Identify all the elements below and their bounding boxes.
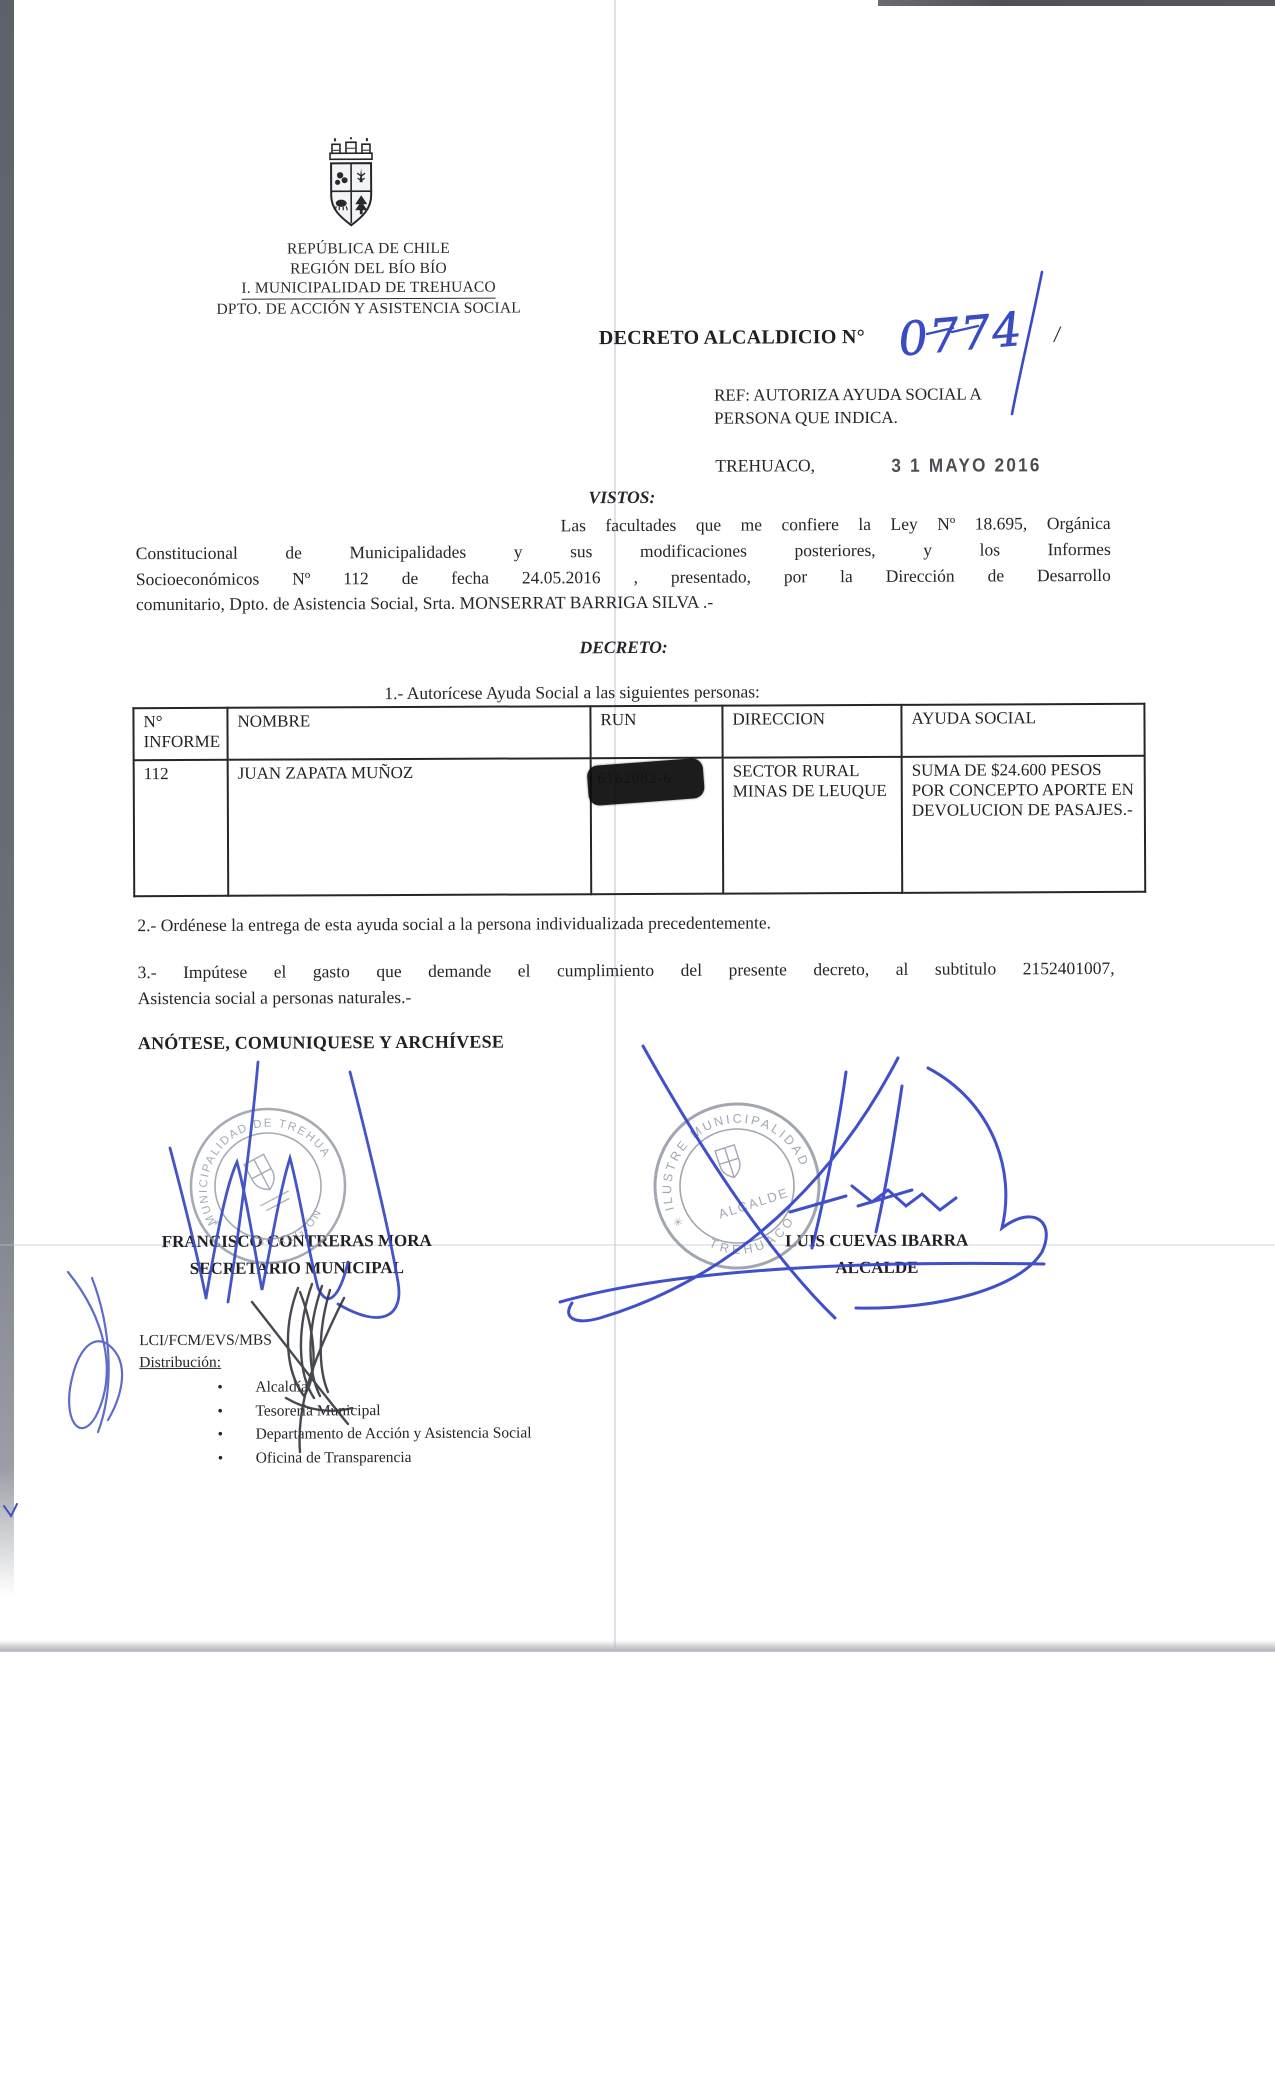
table-header-row: N° INFORME NOMBRE RUN DIRECCION AYUDA SO… bbox=[133, 704, 1144, 760]
decreto-heading: DECRETO: bbox=[136, 635, 1111, 660]
signature-block-mayor: LUIS CUEVAS IBARRA ALCALDE bbox=[737, 1226, 1017, 1281]
signature-block-secretary: FRANCISCO CONTRERAS MORA SECRETARIO MUNI… bbox=[152, 1227, 442, 1282]
cell-run: 6162082-6 bbox=[591, 758, 724, 895]
cell-informe: 112 bbox=[134, 760, 229, 896]
scanned-document-page: REPÚBLICA DE CHILE REGIÓN DEL BÍO BÍO I.… bbox=[0, 0, 1275, 2100]
list-item: •Oficina de Transparencia bbox=[140, 1445, 532, 1470]
vistos-paragraph: Las facultades que me confiere la Ley Nº… bbox=[136, 511, 1111, 618]
distribution-label: Distribución: bbox=[139, 1354, 221, 1372]
bullet-icon: • bbox=[218, 1423, 228, 1447]
decree-title: DECRETO ALCALDICIO N° bbox=[599, 326, 865, 350]
vistos-line: Constitucional de Municipalidades y sus … bbox=[136, 537, 1111, 567]
date-stamp: 3 1 MAYO 2016 bbox=[891, 455, 1041, 478]
distribution-item-alcaldia: Alcaldía bbox=[227, 1375, 308, 1399]
letterhead-region: REGIÓN DEL BÍO BÍO bbox=[158, 258, 578, 279]
list-item: •Departamento de Acción y Asistencia Soc… bbox=[140, 1421, 532, 1446]
col-header-nombre: NOMBRE bbox=[227, 706, 590, 760]
secretary-name: FRANCISCO CONTRERAS MORA bbox=[152, 1227, 442, 1255]
letterhead-municipality: I. MUNICIPALIDAD DE TREHUACO bbox=[241, 278, 496, 300]
table-row: 112 JUAN ZAPATA MUÑOZ 6162082-6 SECTOR R… bbox=[134, 756, 1146, 896]
decreto-item-1: 1.- Autorícese Ayuda Social a las siguie… bbox=[384, 681, 760, 704]
cell-ayuda: SUMA DE $24.600 PESOS POR CONCEPTO APORT… bbox=[902, 756, 1146, 893]
document-initials: LCI/FCM/EVS/MBS bbox=[139, 1332, 272, 1351]
reference-block: REF: AUTORIZA AYUDA SOCIAL A PERSONA QUE… bbox=[714, 382, 1054, 429]
cell-nombre: JUAN ZAPATA MUÑOZ bbox=[228, 758, 592, 896]
vistos-line: Socioeconómicos Nº 112 de fecha 24.05.20… bbox=[136, 563, 1111, 593]
municipal-coat-of-arms-icon bbox=[323, 137, 379, 233]
item-3-line-1: 3.- Impútese el gasto que demande el cum… bbox=[138, 955, 1115, 985]
mayor-name: LUIS CUEVAS IBARRA bbox=[737, 1226, 1017, 1254]
letterhead-department: DPTO. DE ACCIÓN Y ASISTENCIA SOCIAL bbox=[159, 298, 579, 319]
decree-number-slash: / bbox=[1052, 322, 1061, 350]
item-3-line-2: Asistencia social a personas naturales.- bbox=[138, 981, 1115, 1011]
col-header-direccion: DIRECCION bbox=[722, 705, 901, 758]
closing-formula: ANÓTESE, COMUNIQUESE Y ARCHÍVESE bbox=[138, 1032, 504, 1055]
bullet-icon: • bbox=[218, 1446, 228, 1470]
list-item: •Alcaldía bbox=[139, 1374, 531, 1399]
distribution-item-transparencia: Oficina de Transparencia bbox=[228, 1445, 412, 1469]
distribution-item-tesoreria: Tesorería Municipal bbox=[227, 1399, 380, 1423]
vistos-heading: VISTOS: bbox=[588, 487, 655, 508]
dateline-place: TREHUACO, bbox=[715, 455, 815, 476]
letterhead: REPÚBLICA DE CHILE REGIÓN DEL BÍO BÍO I.… bbox=[158, 238, 578, 319]
col-header-ayuda: AYUDA SOCIAL bbox=[901, 704, 1144, 757]
list-item: •Tesorería Municipal bbox=[139, 1398, 531, 1423]
document-content: REPÚBLICA DE CHILE REGIÓN DEL BÍO BÍO I.… bbox=[0, 0, 1275, 2100]
vistos-line: comunitario, Dpto. de Asistencia Social,… bbox=[136, 588, 1111, 618]
bullet-icon: • bbox=[217, 1399, 227, 1423]
mayor-role: ALCALDE bbox=[737, 1253, 1017, 1281]
col-header-informe: N° INFORME bbox=[133, 708, 227, 760]
decreto-item-3: 3.- Impútese el gasto que demande el cum… bbox=[138, 955, 1115, 1011]
letterhead-country: REPÚBLICA DE CHILE bbox=[158, 238, 578, 259]
secretary-role: SECRETARIO MUNICIPAL bbox=[152, 1254, 442, 1282]
decreto-item-2: 2.- Ordénese la entrega de esta ayuda so… bbox=[137, 911, 1117, 936]
redaction-mark bbox=[586, 758, 705, 806]
vistos-line: Las facultades que me confiere la Ley Nº… bbox=[136, 511, 1111, 541]
col-header-run: RUN bbox=[590, 706, 722, 759]
reference-line-2: PERSONA QUE INDICA. bbox=[714, 405, 1054, 429]
bullet-icon: • bbox=[217, 1376, 227, 1400]
cell-direccion: SECTOR RURAL MINAS DE LEUQUE bbox=[723, 757, 903, 894]
reference-line-1: REF: AUTORIZA AYUDA SOCIAL A bbox=[714, 382, 1054, 406]
beneficiaries-table: N° INFORME NOMBRE RUN DIRECCION AYUDA SO… bbox=[132, 703, 1146, 897]
distribution-list: •Alcaldía •Tesorería Municipal •Departam… bbox=[139, 1374, 531, 1470]
distribution-item-departamento: Departamento de Acción y Asistencia Soci… bbox=[228, 1421, 532, 1446]
